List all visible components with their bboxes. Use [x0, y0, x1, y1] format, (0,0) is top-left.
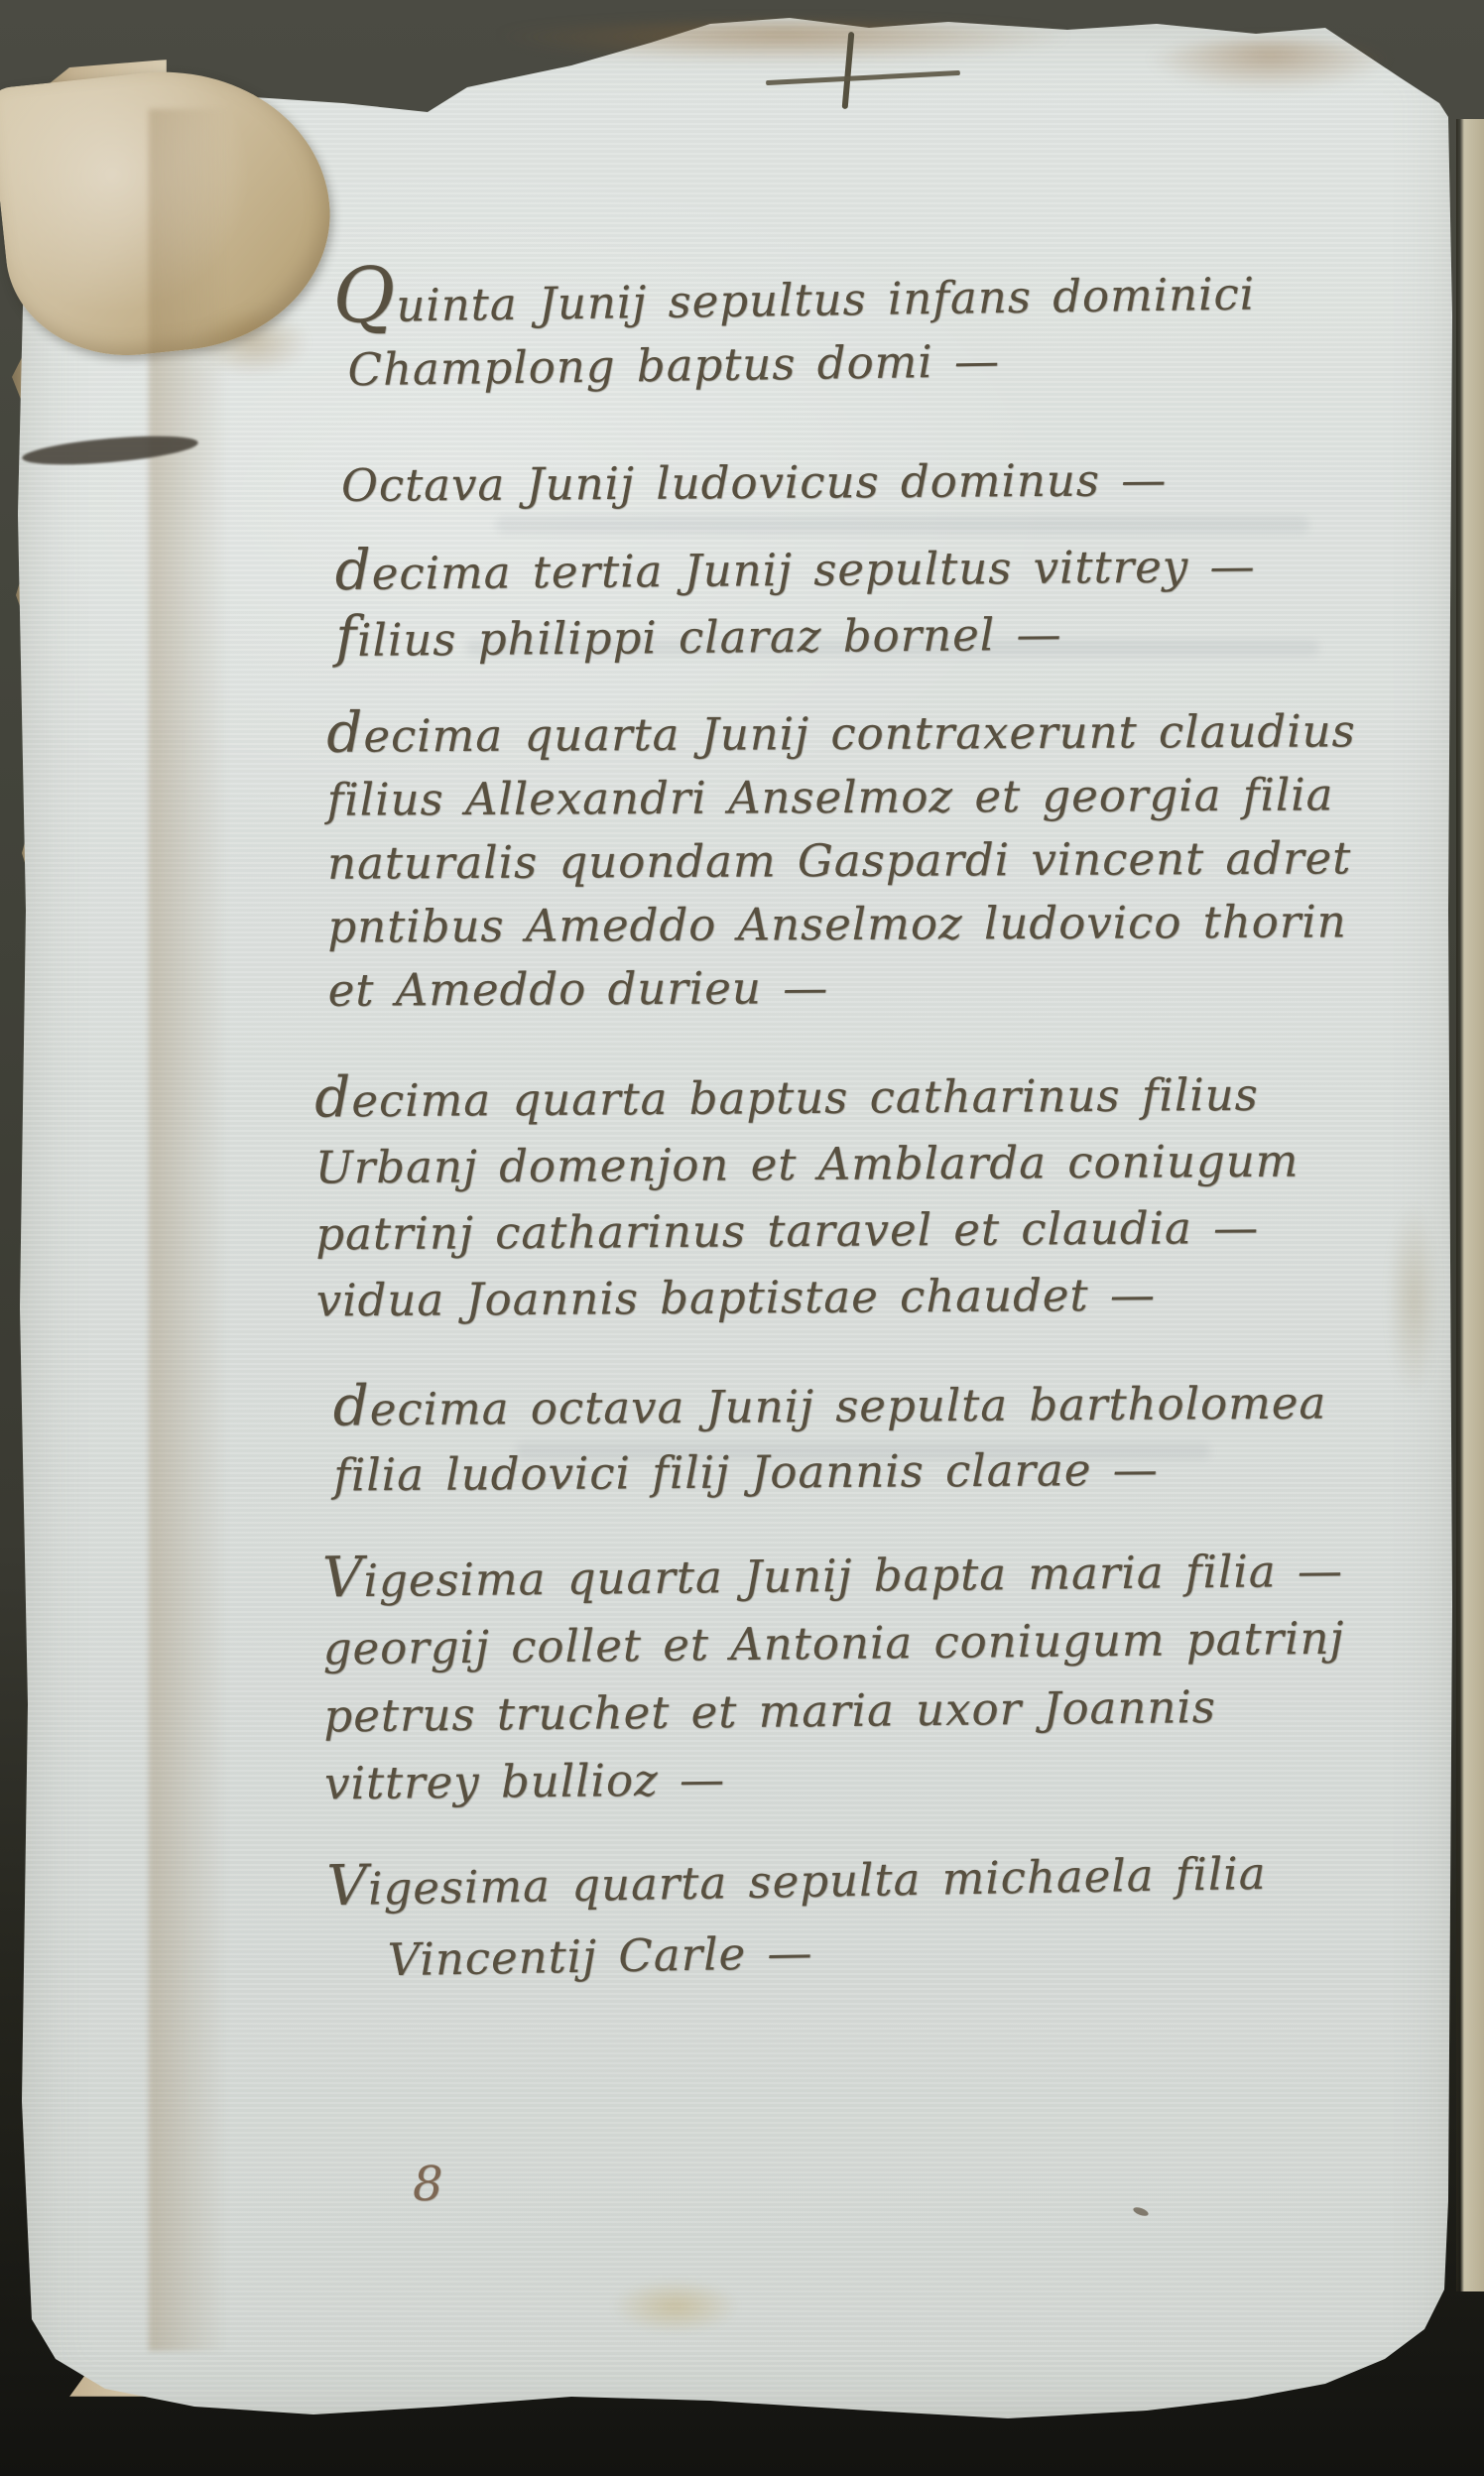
- register-entry-baptism-decima-quarta: decima quarta baptus catharinus filius U…: [314, 1058, 1299, 1334]
- manuscript-line: decima octava Junij sepulta bartholomea: [333, 1368, 1327, 1443]
- manuscript-line: filius Allexandri Anselmoz et georgia fi…: [327, 763, 1357, 831]
- manuscript-line: georgij collet et Antonia coniugum patri…: [322, 1605, 1344, 1683]
- manuscript-line: filia ludovici filij Joannis clarae —: [333, 1436, 1327, 1509]
- manuscript-line: naturalis quondam Gaspardi vincent adret: [327, 826, 1357, 895]
- manuscript-line: Quinta Junij sepultus infans dominici: [332, 254, 1255, 339]
- register-entry-burial-decima-octava: decima octava Junij sepulta bartholomea …: [333, 1368, 1327, 1509]
- register-entry-burial-vigesima-quarta: Vigesima quarta sepulta michaela filia V…: [326, 1835, 1269, 1998]
- photo-of-register-page: Quinta Junij sepultus infans dominici Ch…: [0, 0, 1484, 2476]
- manuscript-line: pntibus Ameddo Anselmoz ludovico thorin: [327, 890, 1357, 958]
- manuscript-line: Octava Junij ludovicus dominus —: [341, 448, 1168, 518]
- manuscript-line: Champlong baptus domi —: [333, 326, 1256, 403]
- register-entry-baptism-vigesima-quarta: Vigesima quarta Junij bapta maria filia …: [322, 1535, 1347, 1818]
- manuscript-line: decima tertia Junij sepultus vittrey —: [334, 532, 1255, 606]
- manuscript-line: Vigesima quarta Junij bapta maria filia …: [322, 1535, 1344, 1616]
- handwritten-text: Quinta Junij sepultus infans dominici Ch…: [0, 0, 1484, 2476]
- manuscript-line: Urbanj domenjon et Amblarda coniugum: [315, 1128, 1299, 1201]
- register-entry-burial-quinta-junij: Quinta Junij sepultus infans dominici Ch…: [332, 254, 1256, 403]
- register-entry-burial-decima-tertia: decima tertia Junij sepultus vittrey — f…: [334, 532, 1256, 673]
- manuscript-line: vittrey bullioz —: [324, 1740, 1346, 1818]
- register-entry-octava-junij: Octava Junij ludovicus dominus —: [341, 448, 1168, 518]
- manuscript-line: Vincentij Carle —: [327, 1910, 1268, 1998]
- manuscript-line: et Ameddo durieu —: [328, 953, 1358, 1022]
- register-entry-marriage-decima-quarta: decima quarta Junij contraxerunt claudiu…: [326, 696, 1357, 1022]
- page-number: 8: [413, 2161, 443, 2208]
- manuscript-line: filius philippi claraz bornel —: [335, 598, 1256, 673]
- manuscript-line: decima quarta baptus catharinus filius: [314, 1058, 1298, 1135]
- manuscript-line: decima quarta Junij contraxerunt claudiu…: [326, 696, 1356, 768]
- manuscript-line: patrinj catharinus taravel et claudia —: [315, 1194, 1299, 1268]
- manuscript-line: vidua Joannis baptistae chaudet —: [315, 1261, 1299, 1334]
- manuscript-line: petrus truchet et maria uxor Joannis: [323, 1672, 1345, 1751]
